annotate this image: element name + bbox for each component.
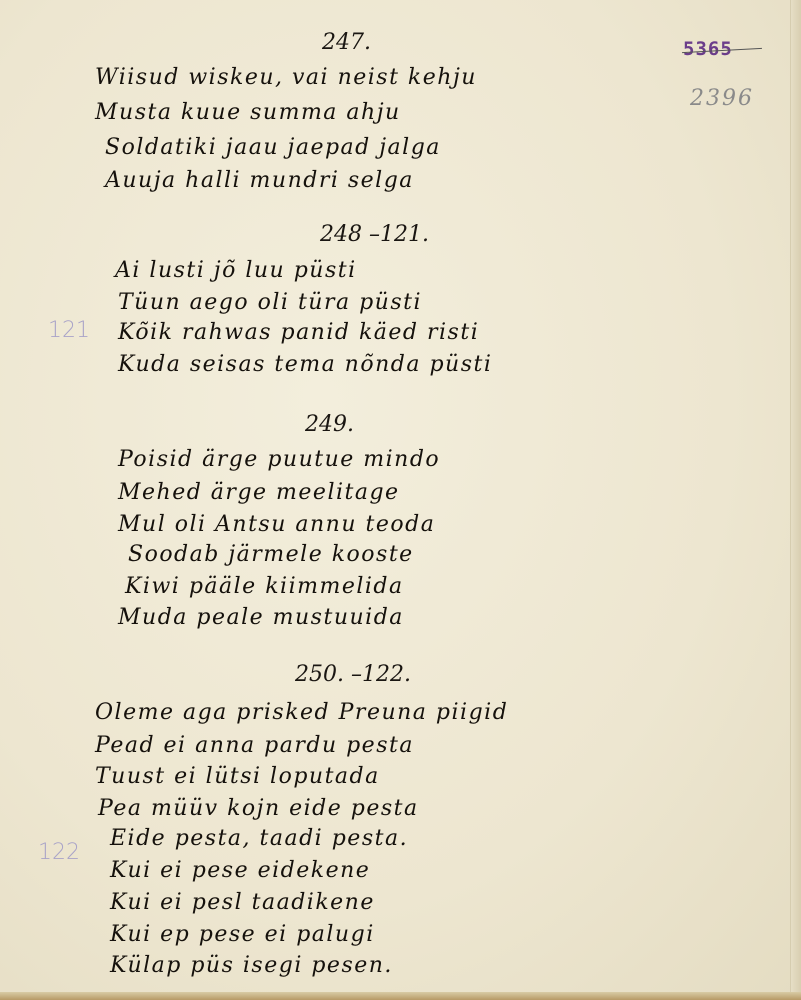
poem-line: Eide pesta, taadi pesta.	[110, 826, 408, 851]
poem-line: Muda peale mustuuida	[118, 605, 404, 630]
margin-note-121: 121	[48, 318, 90, 343]
poem-line: Pead ei anna pardu pesta	[95, 733, 414, 758]
page-edge-right	[790, 0, 801, 1000]
poem-line: Pea müüv kojn eide pesta	[98, 796, 419, 821]
poem-line: Poisid ärge puutue mindo	[118, 447, 440, 472]
poem-line: Kui ep pese ei palugi	[110, 922, 375, 947]
poem-line: Mehed ärge meelitage	[118, 480, 400, 505]
poem-line: Oleme aga prisked Preuna piigid	[95, 700, 508, 725]
poem-line: Kuda seisas tema nõnda püsti	[118, 352, 492, 377]
poem-line: Kui ei pesl taadikene	[110, 890, 375, 915]
poem-number: 249.	[305, 412, 354, 437]
poem-line: Soldatiki jaau jaepad jalga	[105, 135, 441, 160]
poem-line: Tüun aego oli türa püsti	[118, 290, 422, 315]
poem-number: 250. –122.	[295, 662, 411, 687]
margin-note-122: 122	[38, 840, 80, 865]
poem-line: Kui ei pese eidekene	[110, 858, 370, 883]
poem-line: Soodab järmele kooste	[128, 542, 414, 567]
poem-line: Tuust ei lütsi loputada	[95, 764, 380, 789]
catalog-number: 2396	[690, 86, 754, 111]
poem-line: Kiwi pääle kiimmelida	[125, 574, 404, 599]
poem-line: Auuja halli mundri selga	[105, 168, 414, 193]
poem-line: Mul oli Antsu annu teoda	[118, 512, 435, 537]
poem-line: Külap püs isegi pesen.	[110, 953, 393, 978]
manuscript-page: 5365 2396 121 122 247. Wiisud wiskeu, va…	[0, 0, 801, 1000]
poem-line: Ai lusti jõ luu püsti	[115, 258, 357, 283]
poem-line: Kõik rahwas panid käed risti	[118, 320, 479, 345]
poem-line: Musta kuue summa ahju	[95, 100, 401, 125]
poem-number: 247.	[322, 30, 371, 55]
page-edge-bottom	[0, 992, 801, 1000]
poem-line: Wiisud wiskeu, vai neist kehju	[95, 65, 477, 90]
poem-number: 248 –121.	[320, 222, 429, 247]
